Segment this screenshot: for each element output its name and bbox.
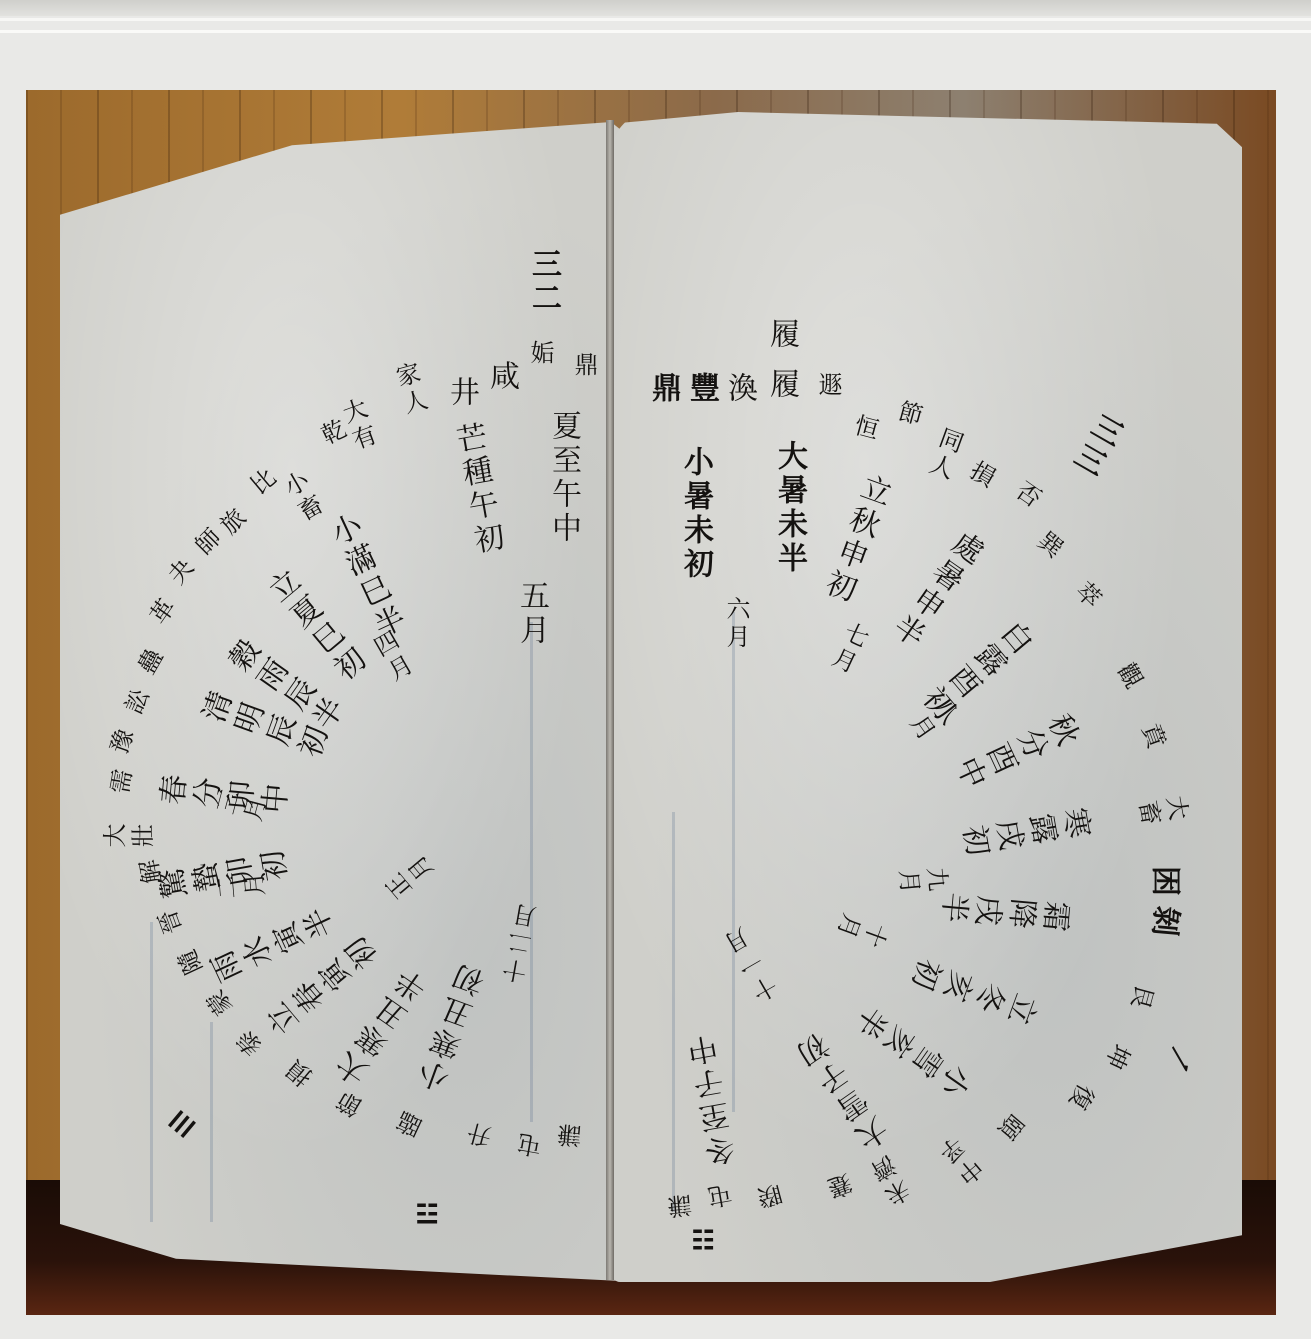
hexagram-label: 大壯 xyxy=(102,826,158,850)
hexagram-label: 渙 xyxy=(724,372,754,406)
hexagram-label: 鼎 xyxy=(572,352,596,380)
book-spine xyxy=(606,120,614,1280)
bleed-through-line xyxy=(672,812,675,1212)
hexagram-label: 姤 xyxy=(528,340,552,368)
month-label: 六月 xyxy=(724,596,748,652)
hexagram-label: 恒 xyxy=(849,411,879,444)
hexagram-label: 履 xyxy=(766,368,796,402)
solar-term: 小暑未初 xyxy=(680,446,710,582)
hexagram-label: 剝 xyxy=(1147,901,1183,934)
trigram-mark: ☷ xyxy=(694,1226,712,1256)
bleed-through-line xyxy=(210,1022,213,1222)
trigram-mark: ☳ xyxy=(418,1200,436,1230)
bleed-through-line xyxy=(732,612,735,1112)
background-top xyxy=(0,0,1311,16)
bleed-through-line xyxy=(150,922,153,1222)
hexagram-label: 屯 xyxy=(708,1178,736,1210)
hexagram-label: 遯 xyxy=(816,372,840,400)
hexagram-label: 井 xyxy=(446,376,476,410)
hexagram-label: 屯 xyxy=(518,1128,546,1160)
divider xyxy=(0,18,1311,21)
hexagram-label: 謙 xyxy=(559,1119,585,1149)
hexagram-label: 睽 xyxy=(757,1177,787,1210)
hexagram-label: 困 xyxy=(1148,862,1182,892)
solar-term: 夏至午中 xyxy=(548,410,578,546)
bleed-through-line xyxy=(530,622,533,1122)
hexagram-label: 節 xyxy=(893,397,923,430)
month-label: 五月 xyxy=(516,580,546,648)
hexagram-label: 咸 xyxy=(486,360,516,394)
hexagram-label: 豐 xyxy=(686,372,716,406)
divider xyxy=(0,30,1311,33)
page-mark: 三二 xyxy=(528,248,558,316)
hexagram-label: 履 xyxy=(766,318,796,352)
solar-term: 大暑未半 xyxy=(774,440,804,576)
hexagram-label: 艮 xyxy=(1125,979,1158,1009)
hexagram-label: 升 xyxy=(467,1117,497,1150)
hexagram-label: 謙 xyxy=(669,1189,695,1219)
hexagram-label: 需 xyxy=(106,770,138,798)
hexagram-label: 鼎 xyxy=(648,372,678,406)
